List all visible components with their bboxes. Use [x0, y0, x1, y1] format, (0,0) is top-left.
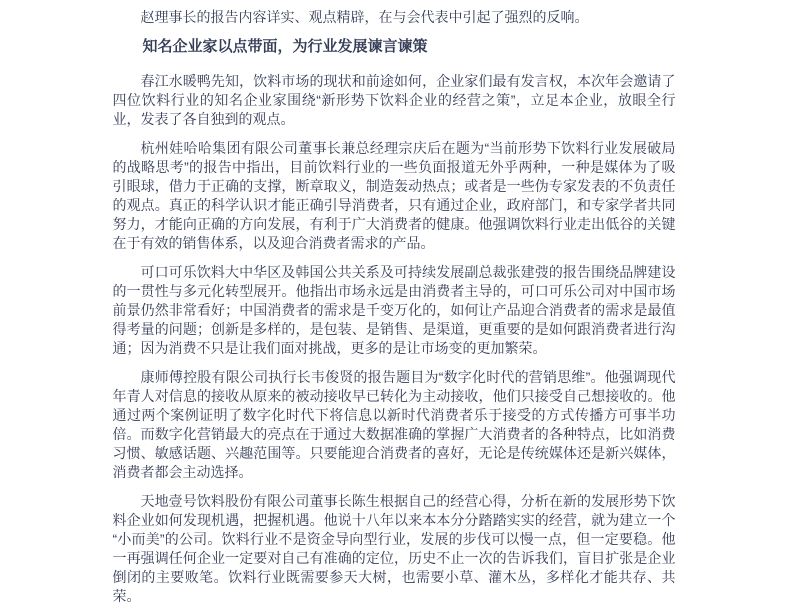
- document-body: 赵理事长的报告内容详实、观点精辟，在与会代表中引起了强烈的反响。知名企业家以点带…: [113, 0, 676, 604]
- paragraph: 赵理事长的报告内容详实、观点精辟，在与会代表中引起了强烈的反响。: [113, 8, 676, 27]
- paragraph: 天地壹号饮料股份有限公司董事长陈生根据自己的经营心得，分析在新的发展形势下饮料企…: [113, 492, 676, 604]
- paragraph: 杭州娃哈哈集团有限公司董事长兼总经理宗庆后在题为“当前形势下饮料行业发展破局的战…: [113, 139, 676, 253]
- section-heading: 知名企业家以点带面，为行业发展谏言谏策: [113, 37, 676, 56]
- paragraph: 春江水暖鸭先知，饮料市场的现状和前途如何，企业家们最有发言权，本次年会邀请了四位…: [113, 72, 676, 129]
- paragraph: 可口可乐饮料大中华区及韩国公共关系及可持续发展副总裁张建弢的报告围绕品牌建设的一…: [113, 263, 676, 358]
- paragraph: 康师傅控股有限公司执行长韦俊贤的报告题目为“数字化时代的营销思维”。他强调现代年…: [113, 368, 676, 482]
